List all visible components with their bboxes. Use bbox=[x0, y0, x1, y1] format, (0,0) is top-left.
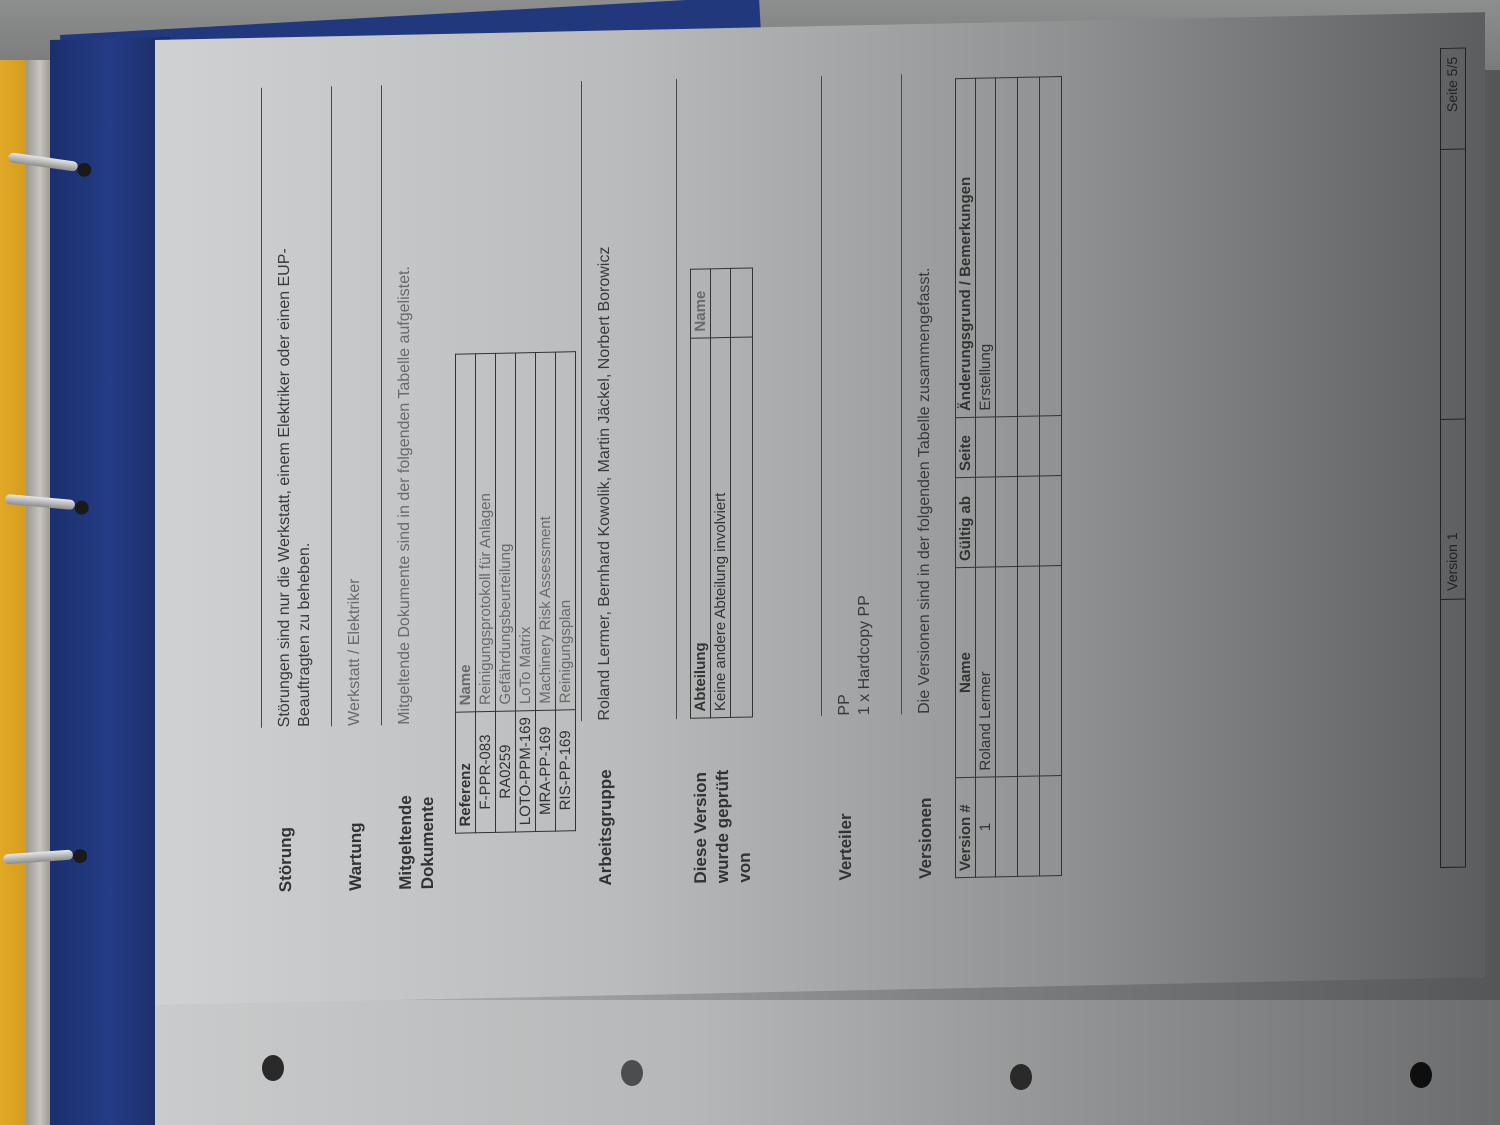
divider bbox=[901, 74, 902, 714]
punch-hole-icon bbox=[1410, 1062, 1432, 1088]
table-row bbox=[1018, 77, 1040, 876]
table-header: Seite bbox=[956, 417, 976, 477]
section-text: Störungen sind nur die Werkstatt, einem … bbox=[275, 87, 315, 728]
section-label: Diese Version wurde geprüft von bbox=[690, 732, 756, 883]
table-row: MRA-PP-169Machinery Risk Assessment bbox=[536, 352, 556, 831]
table-row: LOTO-PPM-169LoTo Matrix bbox=[516, 353, 536, 832]
section-label: Wartung bbox=[345, 741, 367, 891]
table-row: RA0259Gefährdungsbeurteilung bbox=[496, 353, 516, 832]
section-label: Versionen bbox=[915, 729, 937, 879]
section-text: Werkstatt / Elektriker bbox=[345, 86, 365, 726]
section-text: Mitgeltende Dokumente sind in der folgen… bbox=[395, 85, 415, 725]
punch-hole-icon bbox=[621, 1060, 643, 1086]
table-row bbox=[1040, 77, 1062, 876]
section-label: Arbeitsgruppe bbox=[595, 735, 617, 885]
footer-version: Version 1 bbox=[1441, 419, 1465, 600]
table-row: RIS-PP-169Reinigungsplan bbox=[556, 352, 576, 831]
section-label: Verteiler bbox=[835, 730, 857, 880]
table-header: Name bbox=[691, 269, 711, 338]
table-header: Abteilung bbox=[691, 338, 711, 718]
punch-hole-icon bbox=[262, 1055, 284, 1081]
table-row: F-PPR-083Reinigungsprotokoll für Anlagen bbox=[476, 353, 496, 832]
binder-cover bbox=[50, 37, 170, 1125]
document-page: Störung Störungen sind nur die Werkstatt… bbox=[155, 12, 1485, 1005]
page-footer: Version 1 Seite 5/5 bbox=[1440, 48, 1466, 869]
review-table: Abteilung Name Keine andere Abteilung in… bbox=[690, 267, 753, 718]
table-header: Änderungsgrund / Bemerkungen bbox=[956, 78, 976, 417]
table-header: Name bbox=[456, 354, 476, 712]
section-text: Roland Lermer, Bernhard Kowolik, Martin … bbox=[595, 80, 615, 720]
punch-hole-icon bbox=[1010, 1064, 1032, 1090]
document-page-content: Störung Störungen sind nur die Werkstatt… bbox=[155, 12, 1485, 1005]
divider bbox=[676, 79, 677, 719]
underlying-sheet bbox=[155, 1000, 1500, 1125]
table-header: Version # bbox=[956, 777, 976, 877]
section-label: Störung bbox=[275, 742, 297, 892]
table-row: Keine andere Abteilung involviert bbox=[711, 268, 731, 717]
section-text: PP 1 x Hardcopy PP bbox=[835, 75, 875, 716]
section-text: Die Versionen sind in der folgenden Tabe… bbox=[915, 74, 935, 714]
related-documents-table: Referenz Name F-PPR-083Reinigungsprotoko… bbox=[455, 351, 576, 834]
divider bbox=[821, 76, 822, 716]
table-row bbox=[731, 268, 753, 717]
divider bbox=[381, 85, 382, 725]
footer-page-number: Seite 5/5 bbox=[1441, 49, 1465, 150]
photo-scene: Störung Störungen sind nur die Werkstatt… bbox=[0, 0, 1500, 1125]
table-header: Name bbox=[956, 567, 976, 777]
versions-table: Version # Name Gültig ab Seite Änderungs… bbox=[955, 76, 1062, 878]
divider bbox=[331, 86, 332, 726]
table-header: Gültig ab bbox=[956, 477, 976, 567]
table-header: Referenz bbox=[456, 712, 476, 834]
section-label: Mitgeltende Dokumente bbox=[395, 739, 439, 890]
divider bbox=[581, 81, 582, 721]
table-row bbox=[996, 77, 1018, 876]
divider bbox=[261, 88, 262, 728]
table-row: 1 Roland Lermer Erstellung bbox=[976, 78, 996, 877]
